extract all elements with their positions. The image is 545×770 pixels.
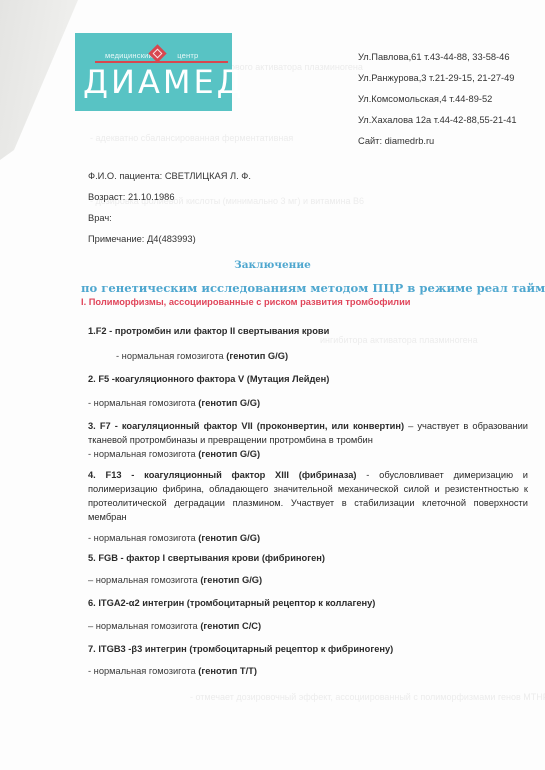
item-2-title: 2. F5 -коагуляционного фактора V (Мутаци…: [88, 374, 329, 384]
result-text: - нормальная гомозигота: [88, 533, 196, 543]
item-4-title: 4. F13 - коагуляционный фактор XIII (фиб…: [88, 470, 357, 480]
result-text: - нормальная гомозигота: [88, 666, 196, 676]
genotype: (генотип G/G): [198, 533, 260, 543]
result-text: – нормальная гомозигота: [88, 621, 198, 631]
result-text: – нормальная гомозигота: [88, 575, 198, 585]
genotype: (генотип G/G): [198, 398, 260, 408]
contact-address-2: Ул.Ранжурова,3 т.21-29-15, 21-27-49: [358, 71, 517, 92]
scanned-page-edge: [0, 0, 80, 770]
patient-age-row: Возраст: 21.10.1986: [88, 190, 251, 211]
patient-name-value: СВЕТЛИЦКАЯ Л. Ф.: [165, 171, 251, 181]
logo-subtitle-right: центр: [177, 51, 198, 60]
item-3-title: 3. F7 - коагуляционный фактор VII (проко…: [88, 421, 404, 431]
contact-website: Сайт: diamedrb.ru: [358, 134, 517, 155]
item-7-title: 7. ITGB3 -β3 интегрин (тромбоцитарный ре…: [88, 644, 393, 654]
item-7-result: - нормальная гомозигота (генотип Т/Т): [88, 666, 257, 676]
genotype: (генотип G/G): [198, 449, 260, 459]
result-text: - нормальная гомозигота: [116, 351, 224, 361]
item-2-result: - нормальная гомозигота (генотип G/G): [88, 398, 260, 408]
patient-age-value: 21.10.1986: [128, 192, 175, 202]
conclusion-title: Заключение: [0, 259, 545, 271]
item-1-result: - нормальная гомозигота (генотип G/G): [116, 351, 288, 361]
patient-name-label: Ф.И.О. пациента:: [88, 171, 162, 181]
item-5-result: – нормальная гомозигота (генотип G/G): [88, 575, 262, 585]
note-label: Примечание:: [88, 234, 144, 244]
show-through-text: - адекватно сбалансированная ферментатив…: [90, 133, 293, 143]
item-6-result: – нормальная гомозигота (генотип С/С): [88, 621, 261, 631]
genotype: (генотип С/С): [200, 621, 261, 631]
patient-info: Ф.И.О. пациента: СВЕТЛИЦКАЯ Л. Ф. Возрас…: [88, 169, 251, 253]
contact-address-3: Ул.Комсомольская,4 т.44-89-52: [358, 92, 517, 113]
genotype: (генотип Т/Т): [198, 666, 257, 676]
item-1-title: 1.F2 - протромбин или фактор II свертыва…: [88, 326, 329, 336]
conclusion-subtitle: по генетическим исследованиям методом ПЦ…: [81, 281, 545, 295]
genotype: (генотип G/G): [226, 351, 288, 361]
diamed-logo: медицинский центр ДИАМЕД: [75, 33, 232, 111]
show-through-text: ового активатора плазминогена: [230, 62, 363, 72]
note-row: Примечание: Д4(483993): [88, 232, 251, 253]
show-through-text: ингибитора активатора плазминогена: [320, 335, 478, 345]
item-5-title: 5. FGB - фактор I свертывания крови (фиб…: [88, 553, 325, 563]
doctor-row: Врач:: [88, 211, 251, 232]
result-text: - нормальная гомозигота: [88, 398, 196, 408]
logo-subtitle-left: медицинский: [105, 51, 153, 60]
genotype: (генотип G/G): [200, 575, 262, 585]
item-6-title: 6. ITGA2-α2 интегрин (тромбоцитарный рец…: [88, 598, 375, 608]
patient-age-label: Возраст:: [88, 192, 125, 202]
item-4-result: - нормальная гомозигота (генотип G/G): [88, 533, 260, 543]
clinic-contacts: Ул.Павлова,61 т.43-44-88, 33-58-46 Ул.Ра…: [358, 50, 517, 155]
result-text: - нормальная гомозигота: [88, 449, 196, 459]
logo-name: ДИАМЕД: [83, 63, 245, 101]
contact-address-1: Ул.Павлова,61 т.43-44-88, 33-58-46: [358, 50, 517, 71]
item-3-result: - нормальная гомозигота (генотип G/G): [88, 449, 260, 459]
show-through-text: - отмечает дозировочный эффект, ассоциир…: [190, 692, 545, 702]
section-title: I. Полиморфизмы, ассоциированные с риско…: [81, 297, 411, 307]
patient-name-row: Ф.И.О. пациента: СВЕТЛИЦКАЯ Л. Ф.: [88, 169, 251, 190]
note-value: Д4(483993): [147, 234, 196, 244]
item-3-paragraph: 3. F7 - коагуляционный фактор VII (проко…: [88, 419, 528, 447]
item-4-paragraph: 4. F13 - коагуляционный фактор XIII (фиб…: [88, 468, 528, 524]
contact-address-4: Ул.Хахалова 12а т.44-42-88,55-21-41: [358, 113, 517, 134]
doctor-label: Врач:: [88, 213, 112, 223]
